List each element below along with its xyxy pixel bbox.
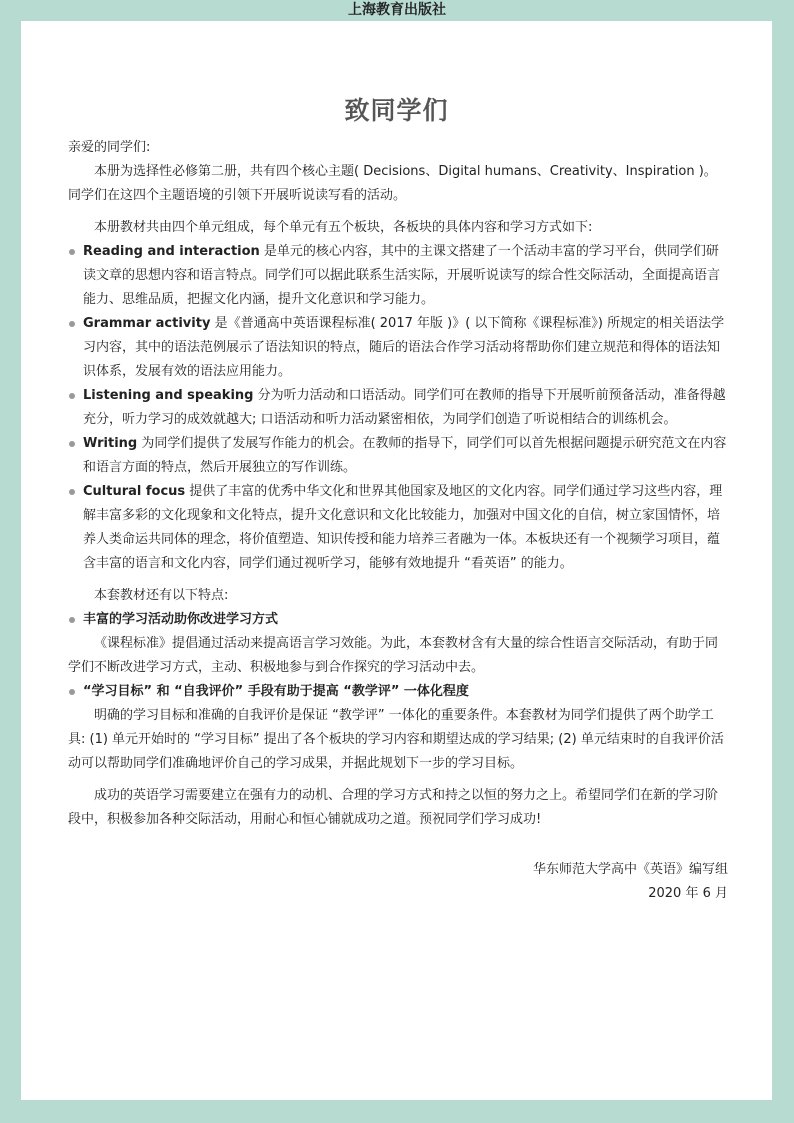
list-item: Reading and interaction 是单元的核心内容，其中的主课文搭… — [68, 240, 728, 312]
feature-heading: 丰富的学习活动助你改进学习方式 — [68, 608, 728, 632]
feature-body: 《课程标准》提倡通过活动来提高语言学习效能。为此，本套教材含有大量的综合性语言交… — [68, 632, 728, 680]
module-name: Grammar activity — [83, 316, 210, 331]
feature-body: 明确的学习目标和准确的自我评价是保证 “教学评” 一体化的重要条件。本套教材为同… — [68, 704, 728, 776]
features-intro: 本套教材还有以下特点: — [68, 584, 728, 608]
list-item: Listening and speaking 分为听力活动和口语活动。同学们可在… — [68, 384, 728, 432]
intro-paragraph: 本册为选择性必修第二册，共有四个核心主题( Decisions、Digital … — [68, 160, 728, 208]
signature: 华东师范大学高中《英语》编写组 — [68, 858, 728, 882]
feature-heading: “学习目标” 和 “自我评价” 手段有助于提高 “教学评” 一体化程度 — [68, 680, 728, 704]
closing-paragraph: 成功的英语学习需要建立在强有力的动机、合理的学习方式和持之以恒的努力之上。希望同… — [68, 784, 728, 832]
greeting: 亲爱的同学们: — [68, 136, 728, 160]
module-name: Reading and interaction — [83, 244, 260, 259]
publisher-header: 上海教育出版社 — [0, 0, 794, 21]
module-name: Writing — [83, 436, 137, 451]
list-item: Writing 为同学们提供了发展写作能力的机会。在教师的指导下，同学们可以首先… — [68, 432, 728, 480]
module-list: Reading and interaction 是单元的核心内容，其中的主课文搭… — [68, 240, 728, 576]
structure-intro: 本册教材共由四个单元组成，每个单元有五个板块，各板块的具体内容和学习方式如下: — [68, 216, 728, 240]
date: 2020 年 6 月 — [68, 882, 728, 906]
list-item: Grammar activity 是《普通高中英语课程标准( 2017 年版 )… — [68, 312, 728, 384]
document-page: 致同学们 亲爱的同学们: 本册为选择性必修第二册，共有四个核心主题( Decis… — [21, 21, 772, 1100]
page-title: 致同学们 — [21, 91, 772, 127]
module-text: 为同学们提供了发展写作能力的机会。在教师的指导下，同学们可以首先根据问题提示研究… — [83, 436, 726, 475]
module-name: Cultural focus — [83, 484, 185, 499]
module-name: Listening and speaking — [83, 388, 253, 403]
list-item: Cultural focus 提供了丰富的优秀中华文化和世界其他国家及地区的文化… — [68, 480, 728, 576]
letter-body: 亲爱的同学们: 本册为选择性必修第二册，共有四个核心主题( Decisions、… — [68, 136, 728, 906]
